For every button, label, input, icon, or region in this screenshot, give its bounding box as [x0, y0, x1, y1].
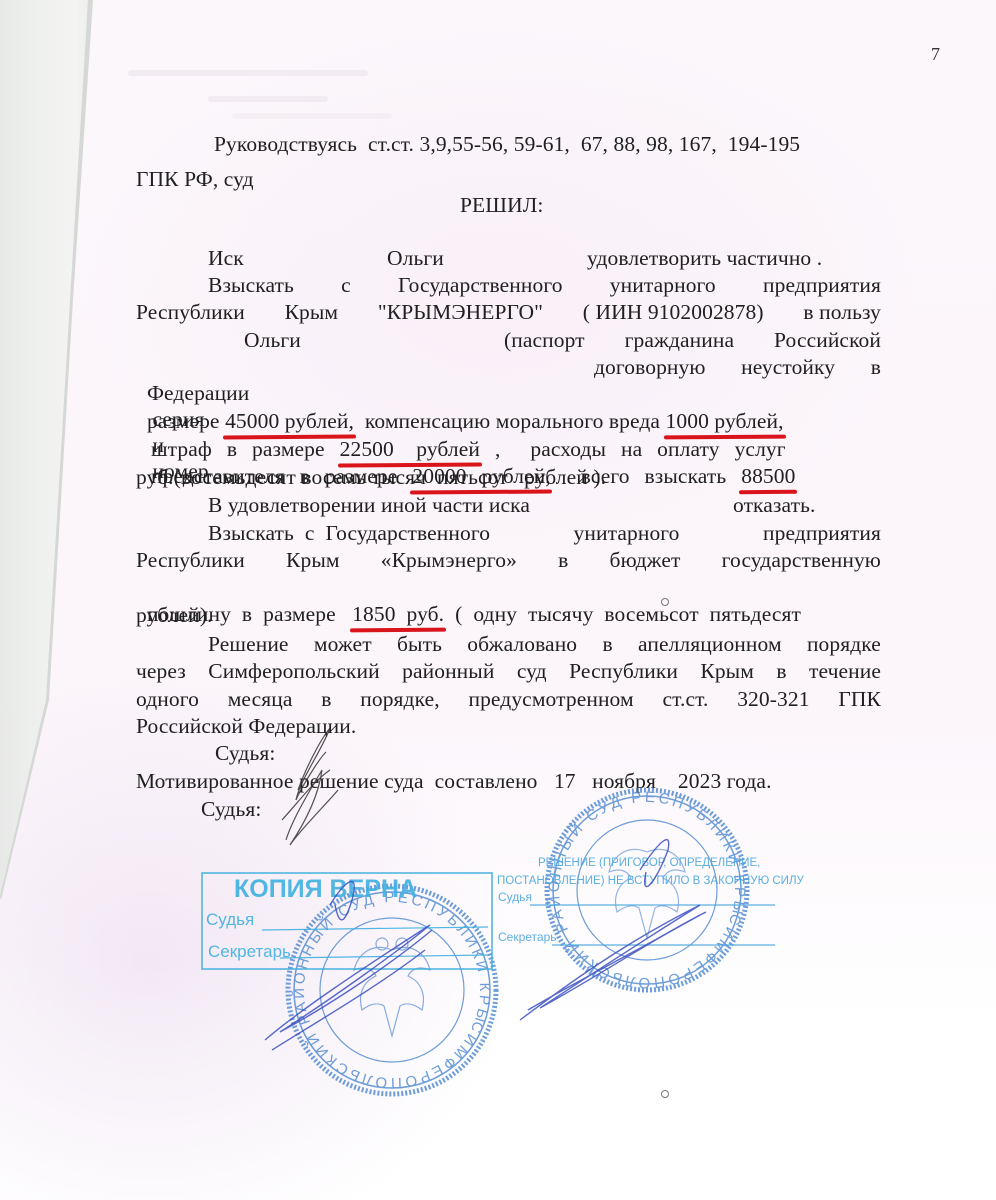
- svg-text:ПОСТАНОВЛЕНИЕ) НЕ ВСТУПИЛО В З: ПОСТАНОВЛЕНИЕ) НЕ ВСТУПИЛО В ЗАКОННУЮ СИ…: [497, 875, 804, 887]
- stamps-overlay: СИМФЕРОПОЛЬСКИЙ РАЙОННЫЙ СУД РЕСПУБЛИКИ …: [0, 0, 996, 1200]
- coat-of-arms-icon: [354, 938, 430, 1036]
- svg-text:КОПИЯ ВЕРНА: КОПИЯ ВЕРНА: [234, 875, 417, 903]
- svg-text:РЕШЕНИЕ (ПРИГОВОР, ОПРЕДЕЛЕНИЕ: РЕШЕНИЕ (ПРИГОВОР, ОПРЕДЕЛЕНИЕ,: [538, 857, 760, 869]
- court-seal-right: СИМФЕРОПОЛЬСКИЙ РАЙОННЫЙ СУД РЕСПУБЛИКИ …: [0, 0, 748, 991]
- svg-text:Судья: Судья: [498, 890, 532, 904]
- svg-text:Судья: Судья: [206, 910, 254, 929]
- judge-signature-1: [282, 728, 338, 845]
- svg-text:Секретарь: Секретарь: [498, 930, 557, 944]
- svg-text:СИМФЕРОПОЛЬСКИЙ РАЙОННЫЙ СУД Р: СИМФЕРОПОЛЬСКИЙ РАЙОННЫЙ СУД РЕСПУБЛИКИ …: [0, 0, 748, 991]
- svg-text:Секретарь: Секретарь: [208, 942, 291, 961]
